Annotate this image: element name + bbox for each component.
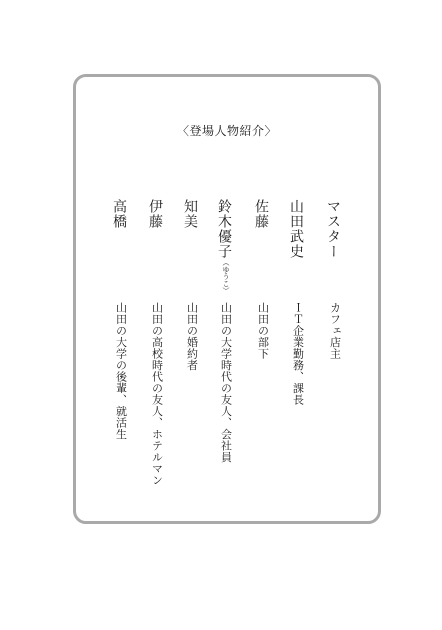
character-description: 山田の婚約者 (186, 302, 197, 371)
character-name: マスター (327, 199, 341, 259)
character-description: 山田の大学時代の友人、会社員 (220, 302, 231, 463)
character-name-text: 知美 (183, 199, 199, 229)
character-name-text: 佐藤 (254, 199, 270, 229)
character-name: 佐藤 (255, 199, 269, 229)
character-description: 山田の大学の後輩、就活生 (115, 302, 126, 440)
character-name: 山田武史 (290, 199, 304, 259)
character-description: 山田の部下 (257, 302, 268, 360)
character-name-text: マスター (326, 199, 342, 259)
character-description: 山田の高校時代の友人、ホテルマン (151, 302, 162, 486)
page-title: 〈登場人物紹介〉 (73, 122, 381, 139)
character-furigana: （ゆうこ） (222, 259, 229, 294)
character-name: 高橋 (113, 199, 127, 229)
character-description: カフェ店主 (329, 302, 340, 360)
character-name: 伊藤 (149, 199, 163, 229)
character-name: 鈴木優子（ゆうこ） (218, 199, 232, 294)
character-name-text: 鈴木優子 (217, 199, 233, 259)
character-name: 知美 (184, 199, 198, 229)
character-name-text: 伊藤 (148, 199, 164, 229)
character-name-text: 高橋 (112, 199, 128, 229)
character-description: ＩＴ企業勤務、課長 (292, 302, 303, 406)
character-name-text: 山田武史 (289, 199, 305, 259)
